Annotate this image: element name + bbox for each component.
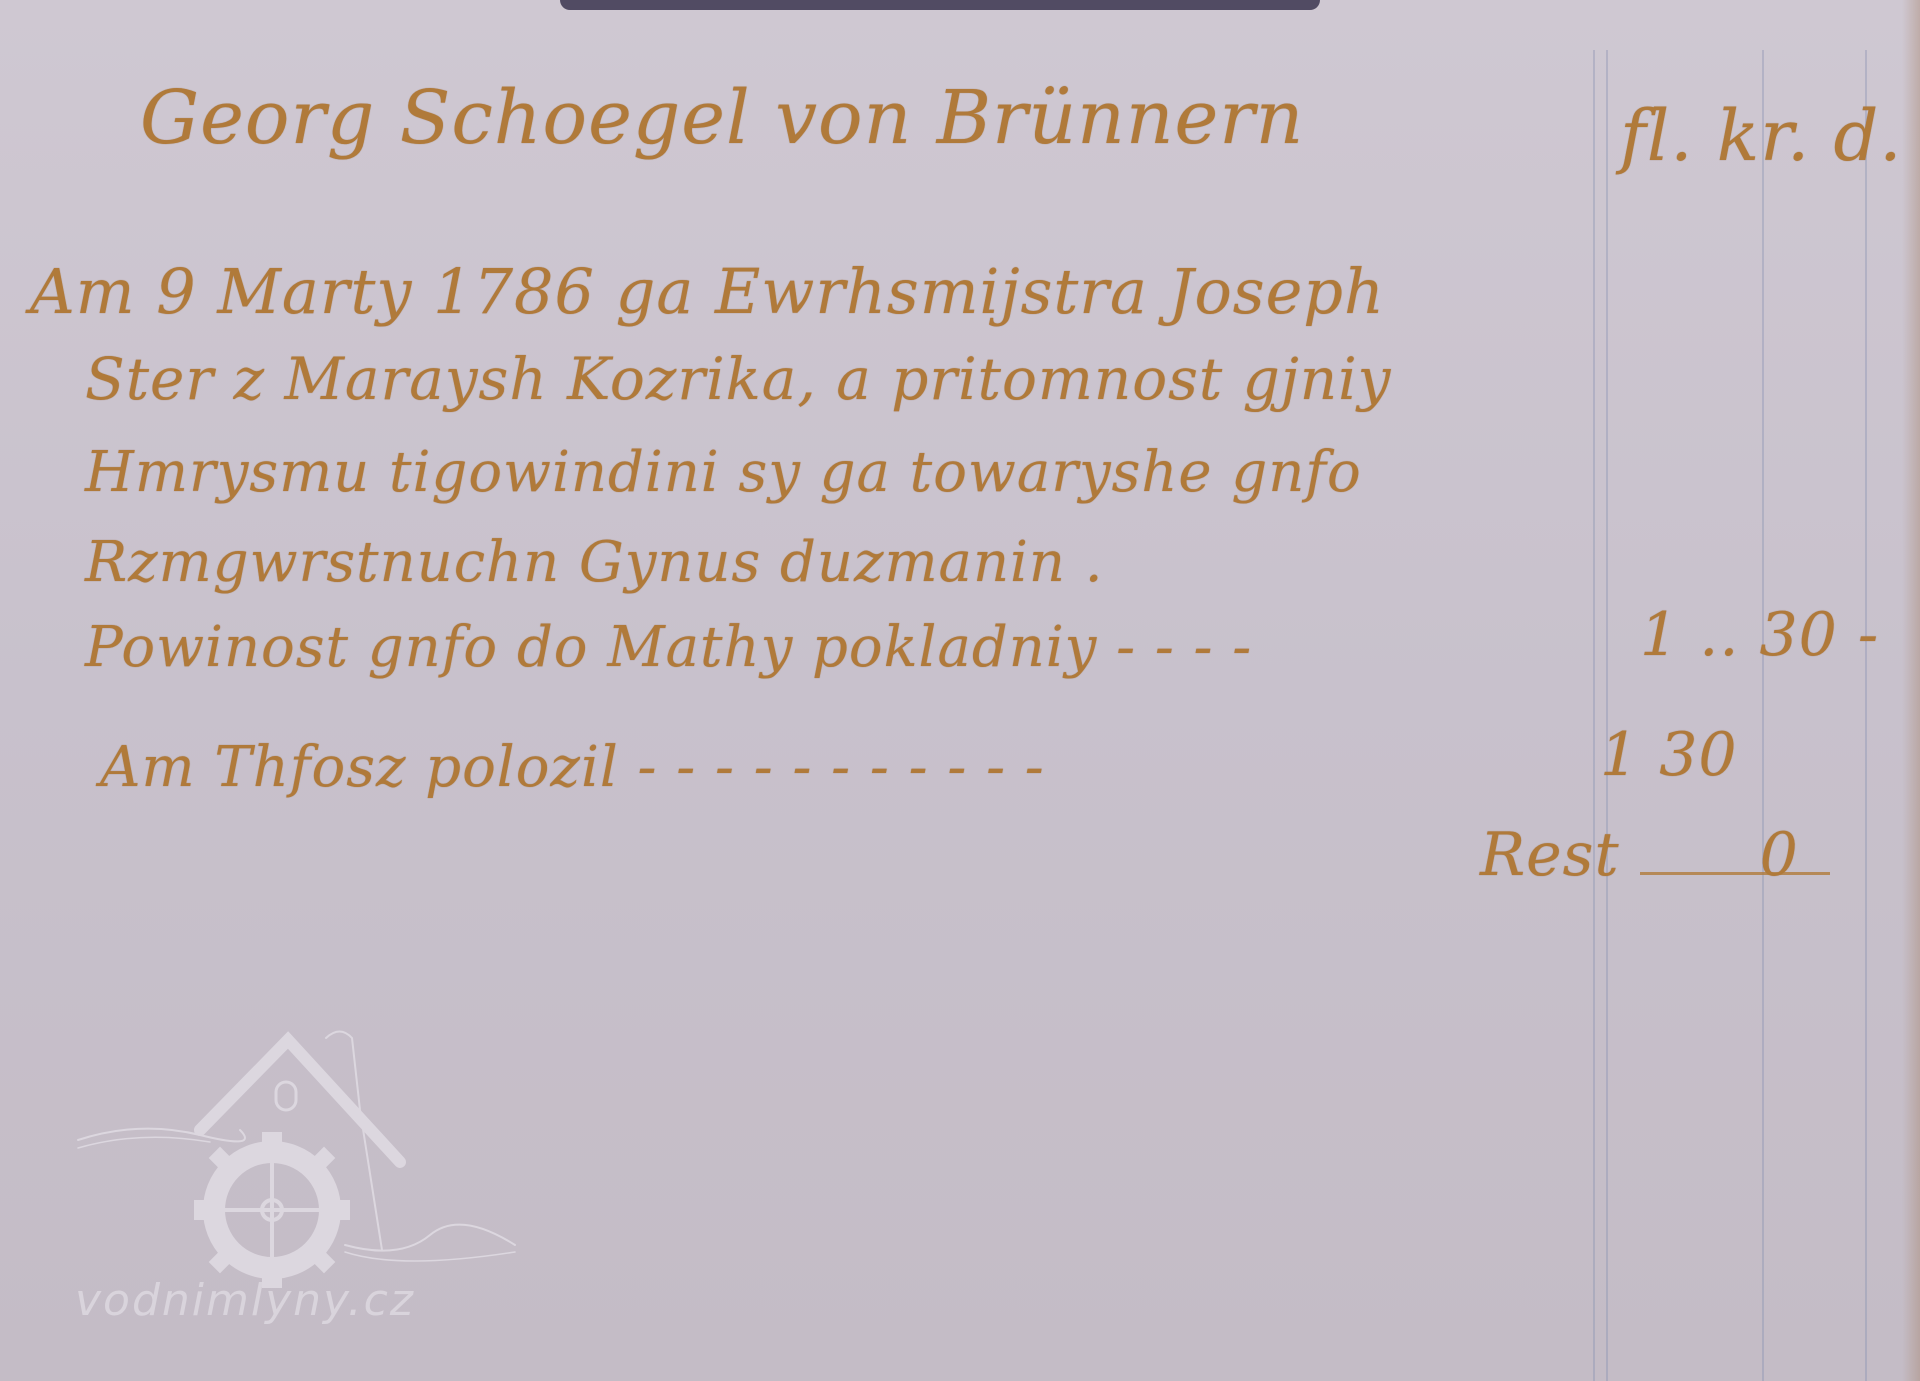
entry-line: Am 9 Marty 1786 ga Ewrhsmijstra Joseph bbox=[30, 255, 1385, 328]
document-heading: Georg Schoegel von Brünnern bbox=[140, 75, 1304, 161]
balance-underline bbox=[1640, 872, 1830, 875]
pencil-column-rule bbox=[1865, 50, 1867, 1381]
amount-paid: 1 30 bbox=[1600, 720, 1738, 790]
balance-value: 0 bbox=[1760, 820, 1799, 890]
entry-line: Powinost gnfo do Mathy pokladniy - - - - bbox=[85, 615, 1252, 680]
pencil-column-rule bbox=[1762, 50, 1764, 1381]
pencil-column-rule bbox=[1606, 50, 1608, 1381]
pencil-column-rule bbox=[1593, 50, 1595, 1381]
entry-line: Hmrysmu tigowindini sy ga towaryshe gnfo bbox=[85, 440, 1362, 505]
remaining-balance: Rest 0 bbox=[1480, 820, 1799, 890]
binding-edge bbox=[560, 0, 1320, 10]
entry-line: Ster z Maraysh Kozrika, a pritomnost gjn… bbox=[85, 345, 1391, 413]
watermark-text: vodnimlyny.cz bbox=[75, 1275, 415, 1326]
currency-column-header: fl. kr. d. bbox=[1620, 95, 1903, 177]
page-edge-shadow bbox=[1902, 0, 1920, 1381]
entry-line: Am Thfosz polozil - - - - - - - - - - - bbox=[100, 735, 1045, 800]
balance-label: Rest bbox=[1480, 820, 1620, 890]
amount-due: 1 .. 30 - bbox=[1640, 600, 1879, 670]
entry-line: Rzmgwrstnuchn Gynus duzmanin . bbox=[85, 530, 1104, 595]
